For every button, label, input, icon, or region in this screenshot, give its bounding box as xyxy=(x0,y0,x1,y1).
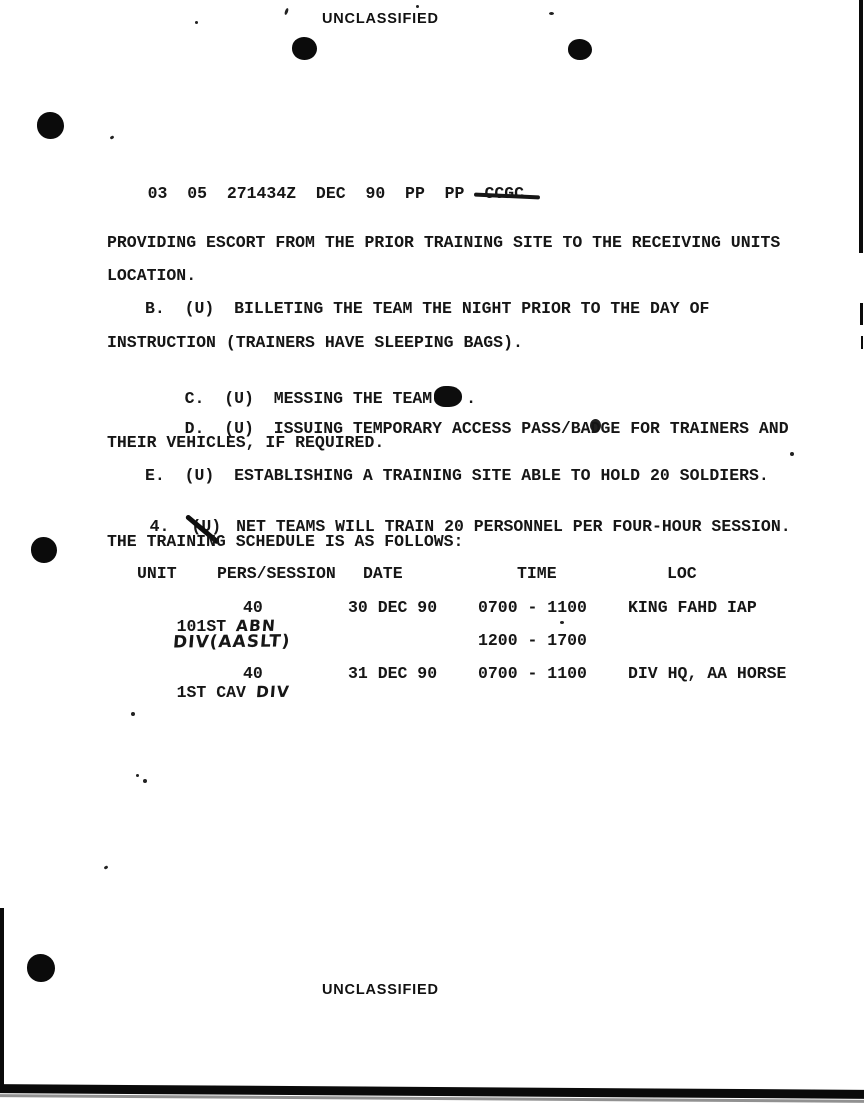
schedule-row1-pers: 40 xyxy=(243,599,263,618)
routing-text: 03 05 271434Z DEC 90 PP PP xyxy=(148,184,465,203)
para-line-1: PROVIDING ESCORT FROM THE PRIOR TRAINING… xyxy=(107,234,780,253)
schedule-row1-date: 30 DEC 90 xyxy=(348,599,437,618)
ink-speck xyxy=(284,8,289,16)
schedule-row2-unit: 1ST CAV DIV xyxy=(137,665,289,722)
message-header-line: 03 05 271434Z DEC 90 PP PPCCGC xyxy=(108,166,524,223)
ink-dot-top-right xyxy=(568,39,592,60)
ink-speck xyxy=(104,865,109,870)
ink-speck xyxy=(790,452,794,456)
row1-unit-line2-handwritten: DIV(AASLT) xyxy=(172,632,291,653)
schedule-row2-date: 31 DEC 90 xyxy=(348,665,437,684)
para-line-2: LOCATION. xyxy=(107,267,196,286)
ink-speck xyxy=(195,21,198,24)
row2-unit-typed: 1ST CAV xyxy=(177,683,256,702)
item-d-text-post: GE FOR TRAINERS AND xyxy=(600,419,788,438)
struck-routing-code: CCGC xyxy=(484,185,524,204)
schedule-row2-loc: DIV HQ, AA HORSE xyxy=(628,665,786,684)
scan-edge-right-dash-2 xyxy=(861,336,863,349)
scan-edge-left-line xyxy=(0,908,4,1090)
schedule-header-date: DATE xyxy=(363,565,403,584)
schedule-row1-unit-line2: DIV(AASLT) xyxy=(133,614,290,672)
scan-edge-right-line xyxy=(859,0,863,253)
schedule-row2-time1: 0700 - 1100 xyxy=(478,665,587,684)
schedule-row1-loc: KING FAHD IAP xyxy=(628,599,757,618)
ink-speck xyxy=(549,12,554,15)
row2-unit-handwritten: DIV xyxy=(255,684,290,702)
item-d-line-2: THEIR VEHICLES, IF REQUIRED. xyxy=(107,434,384,453)
ink-speck xyxy=(416,5,419,8)
schedule-row2-pers: 40 xyxy=(243,665,263,684)
scan-edge-right-dash-1 xyxy=(860,303,863,325)
item-b-line-1: B. (U) BILLETING THE TEAM THE NIGHT PRIO… xyxy=(145,300,709,319)
schedule-row1-time1: 0700 - 1100 xyxy=(478,599,587,618)
schedule-header-pers-session: PERS/SESSION xyxy=(217,565,336,584)
hole-punch-upper xyxy=(37,112,64,139)
item-4-line-2: THE TRAINING SCHEDULE IS AS FOLLOWS: xyxy=(107,533,463,552)
ink-dot-top-left xyxy=(292,37,317,60)
overstruck-character: D xyxy=(591,420,601,439)
hole-punch-lower xyxy=(27,954,55,982)
ink-speck xyxy=(560,621,564,624)
schedule-header-loc: LOC xyxy=(667,565,697,584)
ink-speck xyxy=(110,135,115,140)
ink-speck xyxy=(131,712,135,716)
schedule-header-unit: UNIT xyxy=(137,565,177,584)
document-page: UNCLASSIFIED 03 05 271434Z DEC 90 PP PPC… xyxy=(0,0,864,1112)
classification-header: UNCLASSIFIED xyxy=(322,11,439,27)
ink-speck xyxy=(136,774,139,777)
hole-punch-middle xyxy=(31,537,57,563)
classification-footer: UNCLASSIFIED xyxy=(322,982,439,998)
item-e-line: E. (U) ESTABLISHING A TRAINING SITE ABLE… xyxy=(145,467,769,486)
ink-speck xyxy=(143,779,147,783)
schedule-header-time: TIME xyxy=(517,565,557,584)
item-b-line-2: INSTRUCTION (TRAINERS HAVE SLEEPING BAGS… xyxy=(107,334,523,353)
schedule-row1-time2: 1200 - 1700 xyxy=(478,632,587,651)
